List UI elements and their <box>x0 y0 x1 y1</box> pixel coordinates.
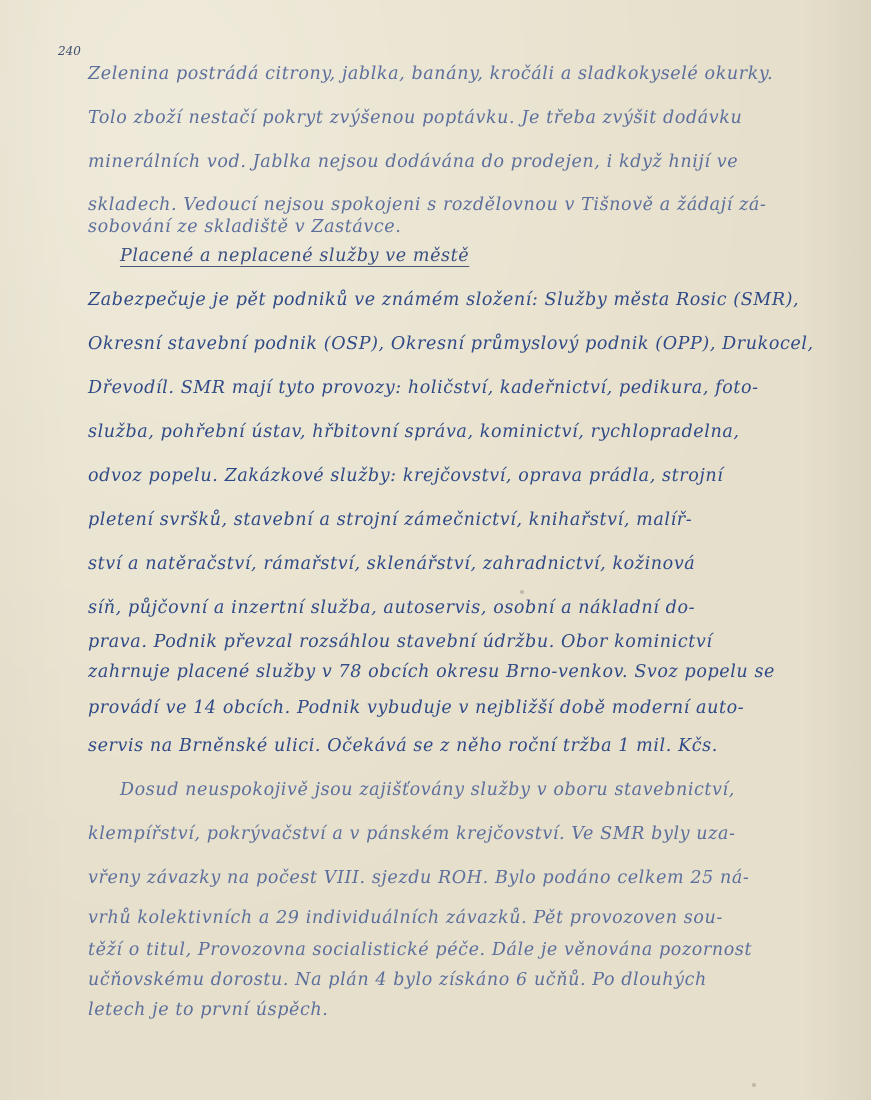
handwritten-page: 240 Zelenina postrádá citrony, jablka, b… <box>0 0 871 1100</box>
text-line: síň, půjčovní a inzertní služba, autoser… <box>88 598 695 618</box>
text-line: zahrnuje placené služby v 78 obcích okre… <box>88 662 775 682</box>
section-heading: Placené a neplacené služby ve městě <box>120 246 469 266</box>
text-line: provádí ve 14 obcích. Podnik vybuduje v … <box>88 698 744 718</box>
text-line: těží o titul, Provozovna socialistické p… <box>88 940 752 960</box>
text-line: minerálních vod. Jablka nejsou dodávána … <box>88 152 738 172</box>
text-line: ství a natěračství, rámařství, sklenářst… <box>88 554 695 574</box>
text-line: Zelenina postrádá citrony, jablka, banán… <box>88 64 773 84</box>
page-number: 240 <box>58 44 81 58</box>
text-line: klempířství, pokrývačství a v pánském kr… <box>88 824 736 844</box>
text-line: služba, pohřební ústav, hřbitovní správa… <box>88 422 740 442</box>
text-line: vřeny závazky na počest VIII. sjezdu ROH… <box>88 868 749 888</box>
text-line: Tolo zboží nestačí pokryt zvýšenou poptá… <box>88 108 742 128</box>
paper-blemish <box>752 1083 756 1087</box>
text-line: vrhů kolektivních a 29 individuálních zá… <box>88 908 723 928</box>
text-line: Dřevodíl. SMR mají tyto provozy: holičst… <box>88 378 759 398</box>
text-line: servis na Brněnské ulici. Očekává se z n… <box>88 736 718 756</box>
text-line: skladech. Vedoucí nejsou spokojeni s roz… <box>88 195 766 215</box>
text-line: sobování ze skladiště v Zastávce. <box>88 217 401 237</box>
text-line: prava. Podnik převzal rozsáhlou stavební… <box>88 632 713 652</box>
text-line: Dosud neuspokojivě jsou zajišťovány služ… <box>120 780 735 800</box>
paper-blemish <box>520 590 524 594</box>
text-line: učňovskému dorostu. Na plán 4 bylo získá… <box>88 970 707 990</box>
text-line: pletení svršků, stavební a strojní zámeč… <box>88 510 692 530</box>
text-line: letech je to první úspěch. <box>88 1000 328 1020</box>
text-line: Zabezpečuje je pět podniků ve známém slo… <box>88 290 799 310</box>
text-line: odvoz popelu. Zakázkové služby: krejčovs… <box>88 466 723 486</box>
text-line: Okresní stavební podnik (OSP), Okresní p… <box>88 334 814 354</box>
